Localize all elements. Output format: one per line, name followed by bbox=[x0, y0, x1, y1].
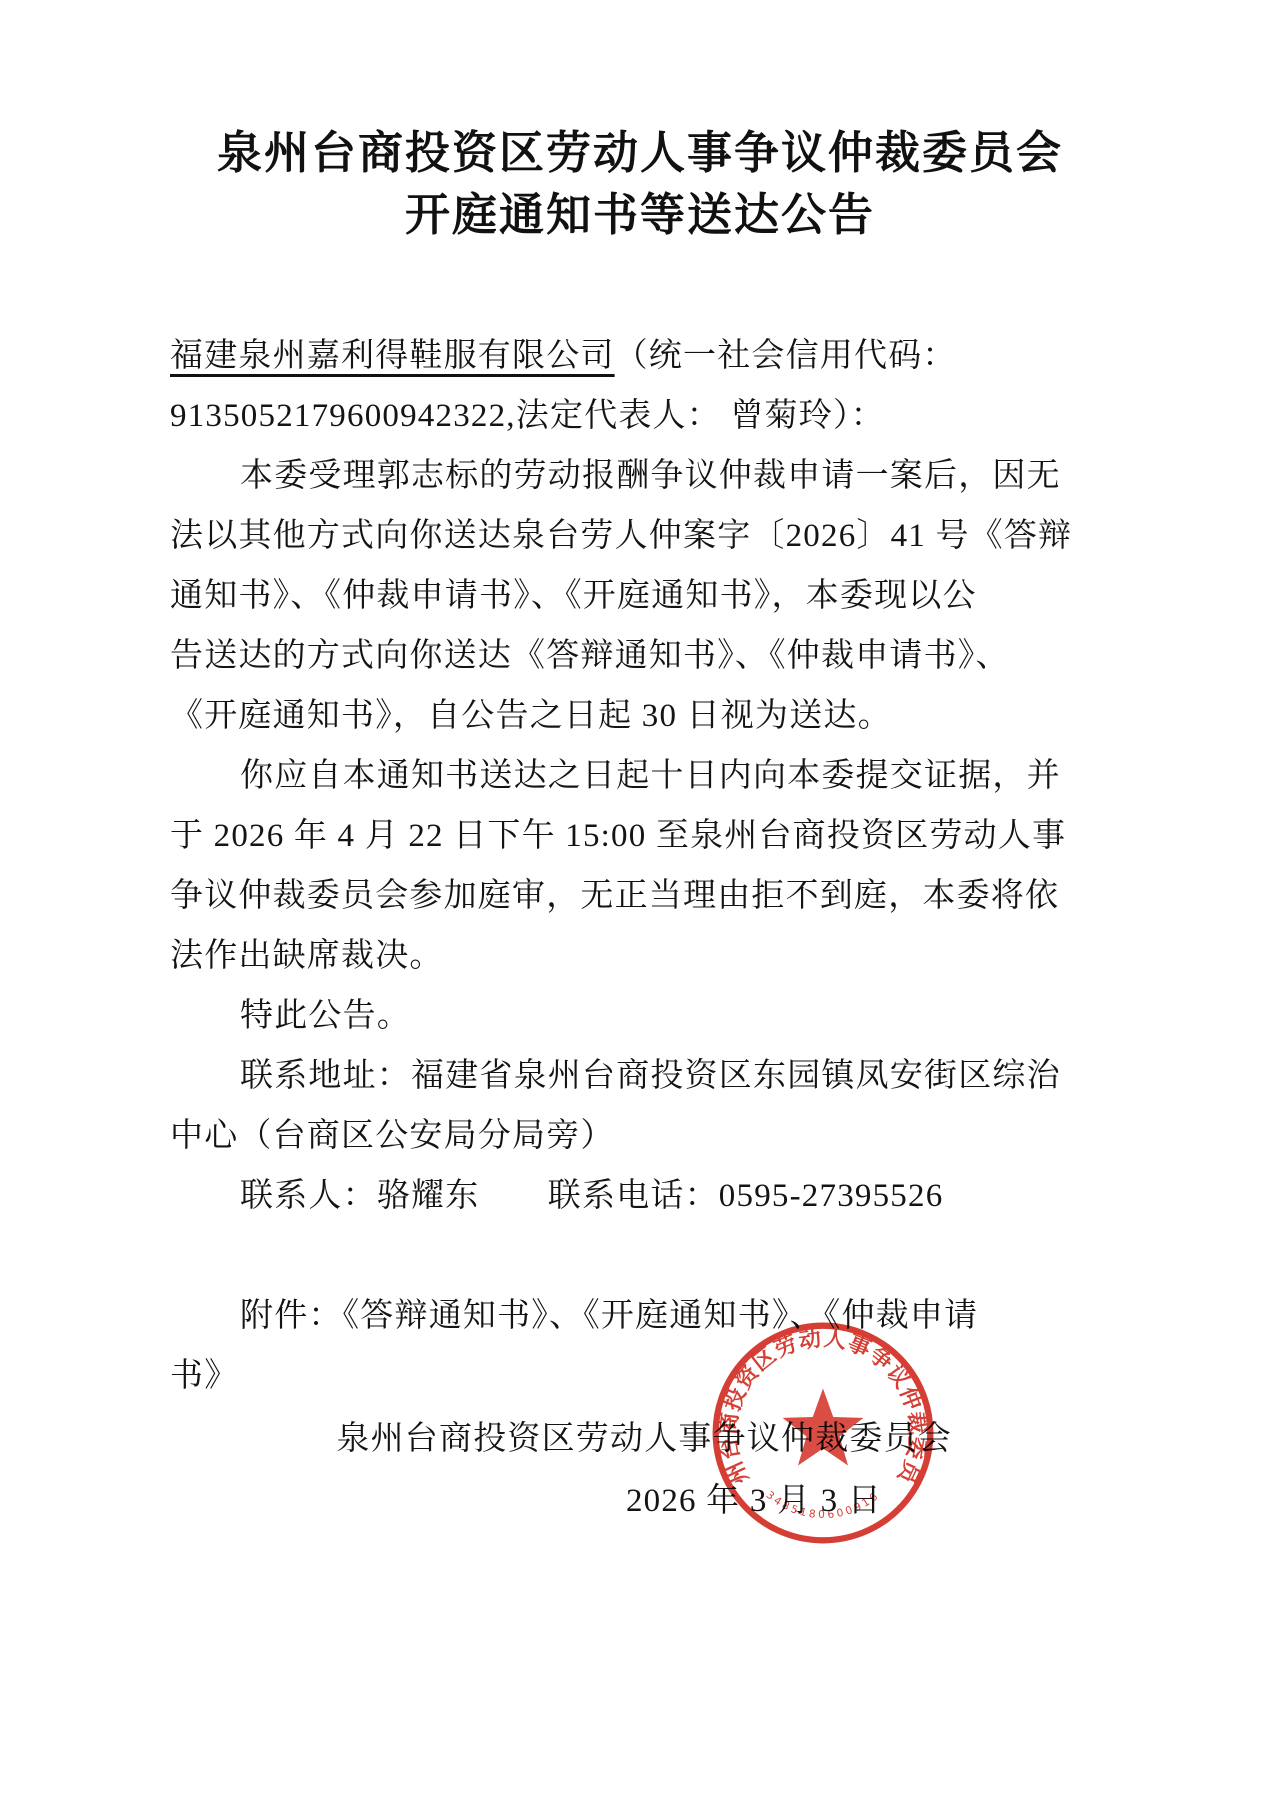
company-suffix: （统一社会信用代码： bbox=[615, 338, 957, 374]
body-line: 中心（台商区公安局分局旁） bbox=[170, 1106, 968, 1166]
body-line: 法以其他方式向你送达泉台劳人仲案字〔2026〕41 号《答辩 bbox=[170, 506, 968, 566]
body-line: 争议仲裁委员会参加庭审，无正当理由拒不到庭，本委将依 bbox=[170, 866, 968, 926]
issuing-committee: 泉州台商投资区劳动人事争议仲裁委员会 bbox=[170, 1408, 968, 1470]
body-line: 书》 bbox=[170, 1346, 968, 1406]
body-line: 联系地址：福建省泉州台商投资区东园镇凤安街区综治 bbox=[170, 1046, 968, 1106]
document-title: 泉州台商投资区劳动人事争议仲裁委员会 开庭通知书等送达公告 bbox=[0, 0, 1280, 246]
body-line: 你应自本通知书送达之日起十日内向本委提交证据，并 bbox=[170, 746, 968, 806]
title-line-1: 泉州台商投资区劳动人事争议仲裁委员会 bbox=[0, 122, 1280, 184]
body-lines: 9135052179600942322,法定代表人： 曾菊玲）：本委受理郭志标的… bbox=[170, 386, 968, 1406]
body-line: 特此公告。 bbox=[170, 986, 968, 1046]
body-line: 于 2026 年 4 月 22 日下午 15:00 至泉州台商投资区劳动人事 bbox=[170, 806, 968, 866]
body-line: 联系人：骆耀东 联系电话：0595-27395526 bbox=[170, 1166, 968, 1226]
body-line: 告送达的方式向你送达《答辩通知书》、《仲裁申请书》、 bbox=[170, 626, 968, 686]
title-line-2: 开庭通知书等送达公告 bbox=[0, 184, 1280, 246]
body-line: 法作出缺席裁决。 bbox=[170, 926, 968, 986]
body-line: 《开庭通知书》，自公告之日起 30 日视为送达。 bbox=[170, 686, 968, 746]
body-line: 9135052179600942322,法定代表人： 曾菊玲）： bbox=[170, 386, 968, 446]
body-line: 附件：《答辩通知书》、《开庭通知书》、《仲裁申请 bbox=[170, 1286, 968, 1346]
recipient-line: 福建泉州嘉利得鞋服有限公司（统一社会信用代码： bbox=[170, 326, 968, 386]
document-body: 福建泉州嘉利得鞋服有限公司（统一社会信用代码： 9135052179600942… bbox=[170, 326, 968, 1532]
signature-block: 泉州台商投资区劳动人事争议仲裁委员会 2026 年 3 月 3 日 bbox=[170, 1408, 968, 1532]
body-line: 本委受理郭志标的劳动报酬争议仲裁申请一案后，因无 bbox=[170, 446, 968, 506]
body-line bbox=[170, 1226, 968, 1286]
notice-document-page: 泉州台商投资区劳动人事争议仲裁委员会 开庭通知书等送达公告 福建泉州嘉利得鞋服有… bbox=[0, 0, 1280, 1810]
company-name: 福建泉州嘉利得鞋服有限公司 bbox=[170, 338, 615, 374]
issue-date: 2026 年 3 月 3 日 bbox=[170, 1470, 968, 1532]
body-line: 通知书》、《仲裁申请书》、《开庭通知书》，本委现以公 bbox=[170, 566, 968, 626]
